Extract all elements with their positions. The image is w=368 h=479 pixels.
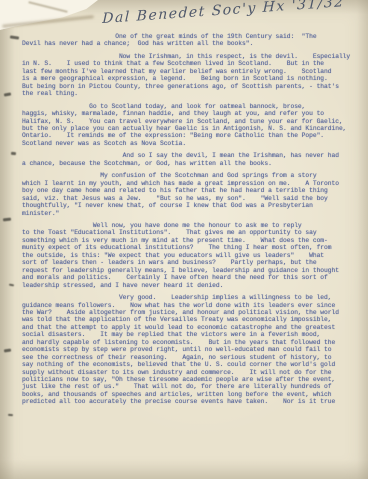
typed-paragraph: Well now, you have done me the honour to… [22,222,364,289]
ink-smudge [10,35,19,39]
typed-paragraph: My confusion of the Scotchman and God sp… [22,172,364,217]
ink-smudge [9,284,14,287]
typed-text-block: One of the great minds of the 19th Centu… [22,33,364,411]
typed-paragraph: Very good. Leadership implies a willingn… [22,294,364,406]
typed-paragraph: And so I say the devil, I mean the Irish… [22,152,364,167]
ink-smudge [4,349,11,353]
ink-smudge [11,152,16,155]
ink-smudge [4,92,11,96]
handwritten-annotation: Dal Benedet Soc'y Hx '31/32 [102,0,332,27]
ink-smudge [3,218,11,222]
typed-paragraph: Now the Irishman, in this respect, is th… [22,53,364,98]
document-page: Dal Benedet Soc'y Hx '31/32 One of the g… [0,0,368,479]
typed-paragraph: One of the great minds of the 19th Centu… [22,33,364,48]
ink-smudge [8,414,13,416]
typed-paragraph: Go to Scotland today, and look for oatme… [22,103,364,148]
